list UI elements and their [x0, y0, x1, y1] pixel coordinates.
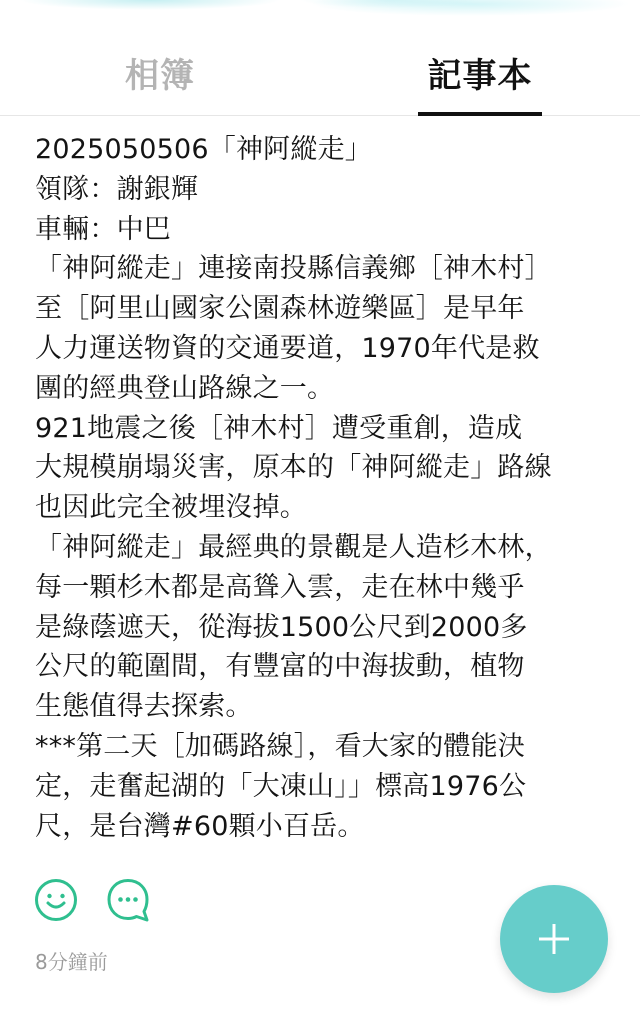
note-body: 2025050506「神阿縱走」 領隊：謝銀輝 車輛：中巴 「神阿縱走」連接南投… [35, 130, 605, 846]
note-line: 公尺的範圍間，有豐富的中海拔動，植物 [35, 647, 605, 687]
note-line: 「神阿縱走」連接南投縣信義鄉［神木村］ [35, 249, 605, 289]
tab-bar: 相簿 記事本 [0, 30, 640, 116]
note-line: 每一顆杉木都是高聳入雲，走在林中幾乎 [35, 568, 605, 608]
speech-bubble-icon[interactable] [106, 878, 150, 922]
note-line: 尺，是台灣#60顆小百岳。 [35, 807, 605, 847]
smiley-icon[interactable] [34, 878, 78, 922]
note-actions [34, 878, 150, 922]
note-timestamp: 8分鐘前 [35, 946, 108, 975]
tab-notes-label: 記事本 [428, 48, 533, 97]
note-line: 至［阿里山國家公園森林遊樂區］是早年 [35, 289, 605, 329]
note-line: 人力運送物資的交通要道，1970年代是救 [35, 329, 605, 369]
header-background-fade [0, 0, 640, 16]
note-line: 定，走奮起湖的「大凍山」」標高1976公 [35, 767, 605, 807]
note-line: 是綠蔭遮天，從海拔1500公尺到2000多 [35, 608, 605, 648]
note-line: 大規模崩塌災害，原本的「神阿縱走」路線 [35, 448, 605, 488]
note-line: 921地震之後［神木村］遭受重創，造成 [35, 409, 605, 449]
note-line: 2025050506「神阿縱走」 [35, 130, 605, 170]
add-button[interactable] [500, 885, 608, 993]
note-line: 「神阿縱走」最經典的景觀是人造杉木林， [35, 528, 605, 568]
note-line: 也因此完全被埋沒掉。 [35, 488, 605, 528]
note-line: 車輛：中巴 [35, 210, 605, 250]
active-tab-indicator [418, 112, 542, 116]
note-line: 生態值得去探索。 [35, 687, 605, 727]
tab-album-label: 相簿 [125, 48, 195, 97]
plus-icon [538, 923, 570, 955]
note-line: 領隊：謝銀輝 [35, 170, 605, 210]
tab-album[interactable]: 相簿 [0, 30, 320, 115]
note-line: ***第二天［加碼路線］，看大家的體能決 [35, 727, 605, 767]
tab-notes[interactable]: 記事本 [320, 30, 640, 115]
note-line: 團的經典登山路線之一。 [35, 369, 605, 409]
